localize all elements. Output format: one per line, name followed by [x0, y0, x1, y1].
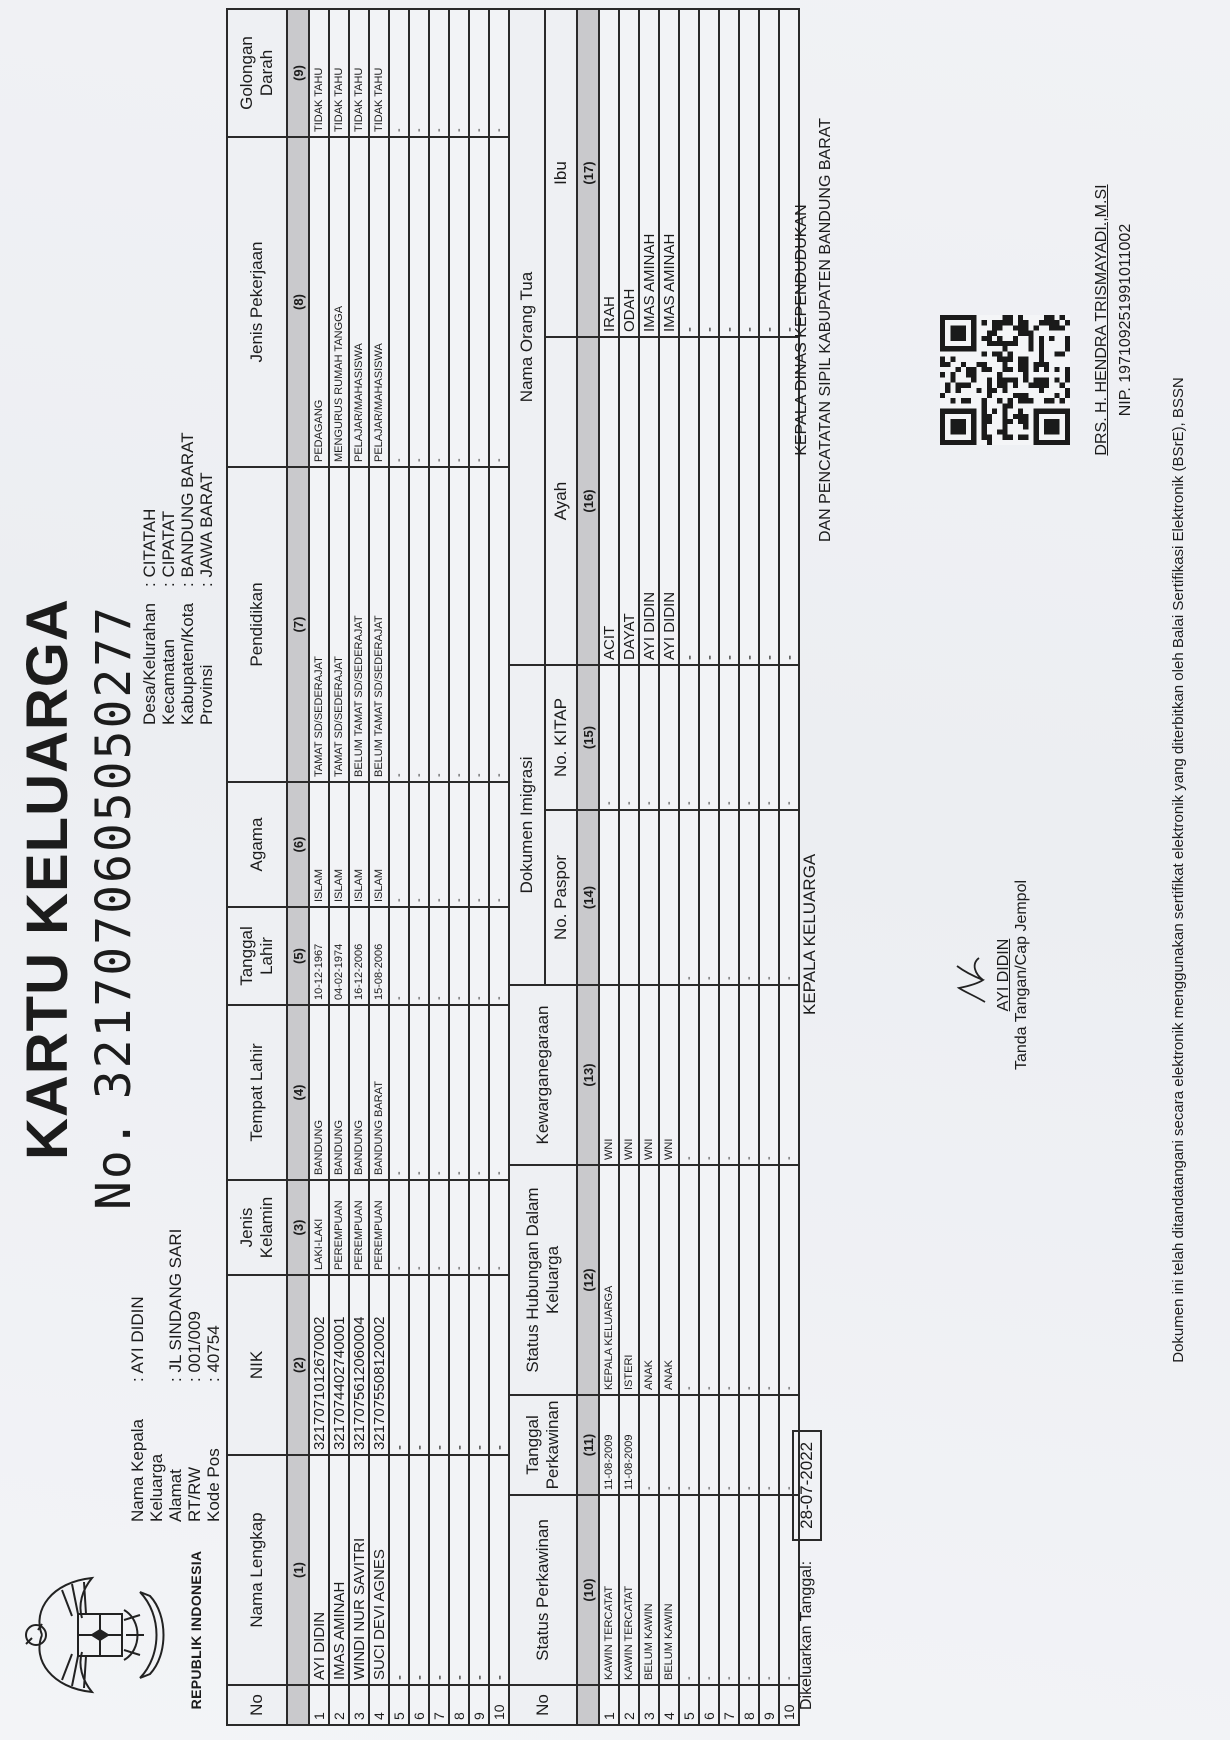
- table-cell: IMAS AMINAH: [639, 9, 659, 337]
- table-cell: -: [659, 1395, 679, 1495]
- qr-code-icon: [940, 315, 1070, 445]
- col-number: (2): [287, 1275, 309, 1455]
- head-of-family-signature: AYI DIDIN Tanda Tangan/Cap Jempol: [995, 765, 1031, 1185]
- table-cell: -: [409, 137, 429, 467]
- table-cell: -: [409, 467, 429, 782]
- col-header: NIK: [227, 1275, 287, 1455]
- col-header: Nama Lengkap: [227, 1455, 287, 1685]
- table-cell: -: [679, 9, 699, 337]
- table-cell: PEREMPUAN: [349, 1180, 369, 1275]
- table-cell: -: [699, 337, 719, 665]
- table-cell: -: [389, 907, 409, 1005]
- info-label: Alamat: [166, 1382, 185, 1522]
- table-cell: -: [719, 9, 739, 337]
- info-row: Alamat: JL SINDANG SARI: [166, 1229, 185, 1522]
- table-cell: -: [489, 9, 509, 137]
- electronic-signature-note: Dokumen ini telah ditandatangani secara …: [1170, 0, 1187, 1740]
- official-signature: DRS. H. HENDRA TRISMAYADI.,M.SI NIP. 197…: [1090, 70, 1138, 570]
- table-row: 1KAWIN TERCATAT11-08-2009KEPALA KELUARGA…: [599, 9, 619, 1725]
- table-cell: BELUM KAWIN: [639, 1495, 659, 1685]
- table-cell: -: [699, 1165, 719, 1395]
- table-cell: -: [429, 1180, 449, 1275]
- table-cell: -: [739, 9, 759, 337]
- table-cell: -: [719, 810, 739, 985]
- table-cell: -: [679, 1395, 699, 1495]
- table-row: 4SUCI DEVI AGNES3217075508120002PEREMPUA…: [369, 9, 389, 1725]
- table-cell: -: [469, 1275, 489, 1455]
- col-number: [287, 1685, 309, 1725]
- table-cell: BELUM KAWIN: [659, 1495, 679, 1685]
- info-label: Kode Pos: [204, 1382, 223, 1522]
- table-cell: -: [719, 1165, 739, 1395]
- table-cell: PEDAGANG: [309, 137, 329, 467]
- col-number: (11): [577, 1395, 599, 1495]
- table-cell: -: [699, 985, 719, 1165]
- table-cell: 9: [759, 1685, 779, 1725]
- info-row: RT/RW: 001/009: [185, 1229, 204, 1522]
- signature-caption: Tanda Tangan/Cap Jempol: [1013, 765, 1031, 1185]
- table-cell: -: [469, 9, 489, 137]
- issuing-office: KEPALA DINAS KEPENDUDUKAN DAN PENCATATAN…: [790, 70, 838, 590]
- table-cell: -: [639, 1395, 659, 1495]
- col-number: (10): [577, 1495, 599, 1685]
- table-cell: -: [389, 1005, 409, 1180]
- table-cell: KAWIN TERCATAT: [619, 1495, 639, 1685]
- table-cell: -: [409, 1005, 429, 1180]
- table-cell: 1: [309, 1685, 329, 1725]
- table-cell: 7: [719, 1685, 739, 1725]
- official-nip: NIP. 197109251991011002: [1114, 70, 1138, 570]
- table-cell: 10: [489, 1685, 509, 1725]
- family-members-table: NoNama LengkapNIKJenis KelaminTempat Lah…: [226, 8, 510, 1726]
- col-number: (15): [577, 665, 599, 810]
- col-number: (7): [287, 467, 309, 782]
- table-cell: WINDI NUR SAVITRI: [349, 1455, 369, 1685]
- table-cell: 6: [699, 1685, 719, 1725]
- table-cell: 04-02-1974: [329, 907, 349, 1005]
- table-cell: ISLAM: [309, 782, 329, 907]
- table-cell: WNI: [639, 985, 659, 1165]
- table-cell: -: [469, 1455, 489, 1685]
- number-value: 3217070605050277: [86, 605, 142, 1099]
- table-cell: AYI DIDIN: [659, 337, 679, 665]
- issue-date-label: Dikeluarkan Tanggal:: [798, 1561, 816, 1710]
- table-cell: [659, 810, 679, 985]
- table-cell: AYI DIDIN: [309, 1455, 329, 1685]
- table-cell: 4: [659, 1685, 679, 1725]
- table-cell: -: [779, 985, 799, 1165]
- table-cell: -: [389, 782, 409, 907]
- table-cell: -: [739, 1495, 759, 1685]
- table-row: 6---------: [409, 9, 429, 1725]
- table-row: 2IMAS AMINAH3217074402740001PEREMPUANBAN…: [329, 9, 349, 1725]
- family-status-table: No Status Perkawinan Tanggal Perkawinan …: [508, 8, 800, 1726]
- table-cell: 1: [599, 1685, 619, 1725]
- head-of-family-name: AYI DIDIN: [995, 765, 1013, 1185]
- col-header-ibu: Ibu: [545, 9, 577, 337]
- table-cell: -: [449, 1455, 469, 1685]
- table-cell: 3: [639, 1685, 659, 1725]
- table-cell: 11-08-2009: [619, 1395, 639, 1495]
- table-cell: -: [469, 1180, 489, 1275]
- table-cell: -: [409, 782, 429, 907]
- col-header: Agama: [227, 782, 287, 907]
- table-row: 9--------: [759, 9, 779, 1725]
- table-cell: ISLAM: [329, 782, 349, 907]
- info-row: Nama Kepala Keluarga: AYI DIDIN: [128, 1229, 166, 1522]
- table-cell: -: [779, 1165, 799, 1395]
- table-row: 5--------: [679, 9, 699, 1725]
- table-cell: -: [679, 985, 699, 1165]
- table-cell: ACIT: [599, 337, 619, 665]
- table-cell: KAWIN TERCATAT: [599, 1495, 619, 1685]
- table-cell: 3: [349, 1685, 369, 1725]
- table-cell: 8: [449, 1685, 469, 1725]
- table-cell: 16-12-2006: [349, 907, 369, 1005]
- table-cell: 3217075508120002: [369, 1275, 389, 1455]
- table-row: 4BELUM KAWIN-ANAKWNI-AYI DIDINIMAS AMINA…: [659, 9, 679, 1725]
- family-card-number: No.3217070605050277: [86, 605, 142, 1210]
- table-cell: -: [759, 985, 779, 1165]
- table-cell: IMAS AMINAH: [659, 9, 679, 337]
- col-header: Tanggal Lahir: [227, 907, 287, 1005]
- signature-icon: [945, 950, 995, 1010]
- table-cell: -: [719, 1395, 739, 1495]
- family-card-document: REPUBLIK INDONESIA KARTU KELUARGA No.321…: [0, 0, 1230, 1740]
- table-cell: -: [429, 1275, 449, 1455]
- office-line: DAN PENCATATAN SIPIL KABUPATEN BANDUNG B…: [814, 70, 838, 590]
- table-cell: -: [429, 467, 449, 782]
- table-cell: -: [639, 665, 659, 810]
- head-of-family-title: KEPALA KELUARGA: [800, 854, 820, 1015]
- table-row: 3BELUM KAWIN-ANAKWNI-AYI DIDINIMAS AMINA…: [639, 9, 659, 1725]
- table-cell: -: [779, 665, 799, 810]
- table-cell: -: [409, 1180, 429, 1275]
- table-cell: WNI: [619, 985, 639, 1165]
- table-cell: -: [469, 1005, 489, 1180]
- table-cell: ISTERI: [619, 1165, 639, 1395]
- col-number: (8): [287, 137, 309, 467]
- table-row: 2KAWIN TERCATAT11-08-2009ISTERIWNI-DAYAT…: [619, 9, 639, 1725]
- col-number: (5): [287, 907, 309, 1005]
- table-cell: WNI: [659, 985, 679, 1165]
- info-label: RT/RW: [185, 1382, 204, 1522]
- col-header-status-perkawinan: Status Perkawinan: [509, 1495, 577, 1685]
- table-cell: WNI: [599, 985, 619, 1165]
- table-cell: TIDAK TAHU: [369, 9, 389, 137]
- table-cell: -: [759, 9, 779, 337]
- table-cell: 2: [619, 1685, 639, 1725]
- col-header: No: [227, 1685, 287, 1725]
- info-value: : JL SINDANG SARI: [166, 1229, 185, 1382]
- emblem-caption: REPUBLIK INDONESIA: [188, 1540, 204, 1720]
- table-cell: -: [469, 467, 489, 782]
- col-header: Pendidikan: [227, 467, 287, 782]
- col-header-kewarganegaraan: Kewarganegaraan: [509, 985, 577, 1165]
- table-row: 8---------: [449, 9, 469, 1725]
- table-cell: [619, 810, 639, 985]
- table-cell: 9: [469, 1685, 489, 1725]
- table-cell: -: [719, 985, 739, 1165]
- table-cell: ODAH: [619, 9, 639, 337]
- table-cell: -: [409, 1275, 429, 1455]
- table-cell: -: [389, 1180, 409, 1275]
- table-cell: -: [389, 1275, 409, 1455]
- table-cell: -: [409, 1455, 429, 1685]
- table-cell: TAMAT SD/SEDERAJAT: [329, 467, 349, 782]
- col-number: (13): [577, 985, 599, 1165]
- table-cell: -: [389, 467, 409, 782]
- info-row: Kabupaten/Kota: BANDUNG BARAT: [178, 432, 197, 725]
- table-cell: SUCI DEVI AGNES: [369, 1455, 389, 1685]
- table-cell: TIDAK TAHU: [309, 9, 329, 137]
- table-cell: ISLAM: [369, 782, 389, 907]
- table-cell: -: [469, 907, 489, 1005]
- table-cell: -: [429, 9, 449, 137]
- official-name: DRS. H. HENDRA TRISMAYADI.,M.SI: [1090, 70, 1114, 570]
- table-cell: -: [759, 1495, 779, 1685]
- table-cell: -: [719, 1495, 739, 1685]
- table-cell: KEPALA KELUARGA: [599, 1165, 619, 1395]
- table-cell: -: [469, 137, 489, 467]
- table-cell: -: [469, 782, 489, 907]
- table-cell: -: [679, 810, 699, 985]
- table-cell: -: [739, 810, 759, 985]
- col-number: (16): [577, 337, 599, 665]
- table-cell: TIDAK TAHU: [349, 9, 369, 137]
- col-number: (17): [577, 9, 599, 337]
- table-cell: -: [489, 1180, 509, 1275]
- table-cell: 3217075612060004: [349, 1275, 369, 1455]
- table-cell: -: [449, 782, 469, 907]
- table-cell: -: [489, 137, 509, 467]
- table-cell: -: [739, 1395, 759, 1495]
- table-cell: PELAJAR/MAHASISWA: [369, 137, 389, 467]
- table-cell: AYI DIDIN: [639, 337, 659, 665]
- table-cell: BANDUNG: [349, 1005, 369, 1180]
- table-cell: -: [429, 782, 449, 907]
- table-cell: -: [489, 1455, 509, 1685]
- col-header-no-paspor: No. Paspor: [545, 810, 577, 985]
- col-header: Jenis Pekerjaan: [227, 137, 287, 467]
- table-cell: -: [759, 810, 779, 985]
- table-cell: 5: [389, 1685, 409, 1725]
- table-cell: 8: [739, 1685, 759, 1725]
- table-cell: [639, 810, 659, 985]
- table-row: 7--------: [719, 9, 739, 1725]
- table-cell: -: [389, 1455, 409, 1685]
- col-header-no-kitap: No. KITAP: [545, 665, 577, 810]
- info-label: Desa/Kelurahan: [140, 587, 159, 725]
- table-cell: -: [679, 1165, 699, 1395]
- table-cell: -: [409, 9, 429, 137]
- issue-date-block: Dikeluarkan Tanggal: 28-07-2022: [792, 1430, 822, 1710]
- table-cell: -: [449, 907, 469, 1005]
- table-cell: ANAK: [639, 1165, 659, 1395]
- col-header-no: No: [509, 1685, 577, 1725]
- table-row: 1AYI DIDIN3217071012670002LAKI-LAKIBANDU…: [309, 9, 329, 1725]
- table-cell: -: [719, 665, 739, 810]
- table-cell: [599, 810, 619, 985]
- col-number: [577, 1685, 599, 1725]
- info-value: : CITATAH: [140, 509, 159, 587]
- info-label: Kecamatan: [159, 587, 178, 725]
- info-label: Provinsi: [197, 587, 216, 725]
- info-row: Kode Pos: 40754: [204, 1229, 223, 1522]
- region-info: Desa/Kelurahan: CITATAH Kecamatan: CIPAT…: [140, 432, 216, 725]
- col-number: (4): [287, 1005, 309, 1180]
- table-cell: 3217074402740001: [329, 1275, 349, 1455]
- table-cell: LAKI-LAKI: [309, 1180, 329, 1275]
- table-cell: -: [779, 810, 799, 985]
- document-title: KARTU KELUARGA: [14, 598, 81, 1160]
- table-cell: ANAK: [659, 1165, 679, 1395]
- info-value: : 40754: [204, 1325, 223, 1382]
- table-row: 9---------: [469, 9, 489, 1725]
- col-header-nama-orang-tua: Nama Orang Tua: [509, 9, 545, 665]
- table-cell: -: [449, 9, 469, 137]
- household-info: Nama Kepala Keluarga: AYI DIDIN Alamat: …: [128, 1229, 223, 1522]
- table-cell: -: [449, 137, 469, 467]
- table-cell: BANDUNG BARAT: [369, 1005, 389, 1180]
- table-cell: ISLAM: [349, 782, 369, 907]
- info-label: Kabupaten/Kota: [178, 587, 197, 725]
- table-cell: -: [449, 1275, 469, 1455]
- table-cell: -: [489, 782, 509, 907]
- table-row: 6--------: [699, 9, 719, 1725]
- table-cell: PELAJAR/MAHASISWA: [349, 137, 369, 467]
- col-number: (14): [577, 810, 599, 985]
- col-number: (12): [577, 1165, 599, 1395]
- table-cell: 4: [369, 1685, 389, 1725]
- table-cell: -: [449, 1180, 469, 1275]
- col-header: Jenis Kelamin: [227, 1180, 287, 1275]
- col-number: (9): [287, 9, 309, 137]
- table-cell: -: [699, 810, 719, 985]
- table-cell: -: [719, 337, 739, 665]
- table-cell: BELUM TAMAT SD/SEDERAJAT: [369, 467, 389, 782]
- table-cell: -: [699, 1495, 719, 1685]
- number-label: No.: [86, 1117, 142, 1210]
- table-cell: IMAS AMINAH: [329, 1455, 349, 1685]
- table-cell: -: [759, 1165, 779, 1395]
- table-row: 3WINDI NUR SAVITRI3217075612060004PEREMP…: [349, 9, 369, 1725]
- table-cell: -: [759, 665, 779, 810]
- office-line: KEPALA DINAS KEPENDUDUKAN: [790, 70, 814, 590]
- table-cell: -: [449, 1005, 469, 1180]
- table-cell: -: [429, 137, 449, 467]
- table-cell: -: [429, 1005, 449, 1180]
- table-cell: -: [489, 1275, 509, 1455]
- table-cell: -: [679, 665, 699, 810]
- table-cell: PEREMPUAN: [329, 1180, 349, 1275]
- col-header-dokumen-imigrasi: Dokumen Imigrasi: [509, 665, 545, 985]
- table-cell: -: [759, 337, 779, 665]
- info-label: Nama Kepala Keluarga: [128, 1382, 166, 1522]
- table-cell: 11-08-2009: [599, 1395, 619, 1495]
- col-number: (1): [287, 1455, 309, 1685]
- col-header-tanggal-perkawinan: Tanggal Perkawinan: [509, 1395, 577, 1495]
- table-cell: BANDUNG: [329, 1005, 349, 1180]
- table-cell: -: [679, 337, 699, 665]
- table-row: 7---------: [429, 9, 449, 1725]
- table-cell: 7: [429, 1685, 449, 1725]
- table-cell: 15-08-2006: [369, 907, 389, 1005]
- info-value: : CIPATAT: [159, 511, 178, 587]
- table-cell: -: [429, 1455, 449, 1685]
- table-cell: IRAH: [599, 9, 619, 337]
- table-cell: -: [759, 1395, 779, 1495]
- table-cell: -: [619, 665, 639, 810]
- table-cell: 10-12-1967: [309, 907, 329, 1005]
- table-row: 10---------: [489, 9, 509, 1725]
- table-cell: BELUM TAMAT SD/SEDERAJAT: [349, 467, 369, 782]
- table-cell: -: [699, 9, 719, 337]
- info-row: Kecamatan: CIPATAT: [159, 432, 178, 725]
- col-header-status-hubungan: Status Hubungan Dalam Keluarga: [509, 1165, 577, 1395]
- col-number: (6): [287, 782, 309, 907]
- col-number: (3): [287, 1180, 309, 1275]
- table-cell: PEREMPUAN: [369, 1180, 389, 1275]
- table-cell: -: [489, 1005, 509, 1180]
- table-cell: -: [599, 665, 619, 810]
- garuda-emblem-icon: [12, 1570, 180, 1700]
- info-value: : JAWA BARAT: [197, 472, 216, 587]
- col-header: Golongan Darah: [227, 9, 287, 137]
- table-cell: MENGURUS RUMAH TANGGA: [329, 137, 349, 467]
- table-cell: -: [739, 337, 759, 665]
- table-cell: -: [489, 467, 509, 782]
- info-value: : BANDUNG BARAT: [178, 432, 197, 587]
- info-value: : AYI DIDIN: [128, 1296, 166, 1382]
- col-header-ayah: Ayah: [545, 337, 577, 665]
- col-header: Tempat Lahir: [227, 1005, 287, 1180]
- table-cell: -: [389, 137, 409, 467]
- table-cell: 6: [409, 1685, 429, 1725]
- table-cell: -: [429, 907, 449, 1005]
- table-cell: -: [659, 665, 679, 810]
- table-cell: -: [699, 1395, 719, 1495]
- table-cell: -: [699, 665, 719, 810]
- table-cell: -: [449, 467, 469, 782]
- table-cell: 3217071012670002: [309, 1275, 329, 1455]
- table-cell: -: [409, 907, 429, 1005]
- info-row: Desa/Kelurahan: CITATAH: [140, 432, 159, 725]
- table-cell: -: [489, 907, 509, 1005]
- table-cell: 2: [329, 1685, 349, 1725]
- table-cell: 5: [679, 1685, 699, 1725]
- table-cell: -: [389, 9, 409, 137]
- info-row: Provinsi: JAWA BARAT: [197, 432, 216, 725]
- table-cell: BANDUNG: [309, 1005, 329, 1180]
- table-cell: TAMAT SD/SEDERAJAT: [309, 467, 329, 782]
- table-cell: -: [739, 1165, 759, 1395]
- table-cell: TIDAK TAHU: [329, 9, 349, 137]
- info-value: : 001/009: [185, 1311, 204, 1382]
- table-cell: -: [739, 665, 759, 810]
- table-row: 8--------: [739, 9, 759, 1725]
- table-cell: -: [679, 1495, 699, 1685]
- issue-date-value: 28-07-2022: [792, 1430, 822, 1541]
- table-cell: -: [739, 985, 759, 1165]
- table-row: 5---------: [389, 9, 409, 1725]
- table-cell: DAYAT: [619, 337, 639, 665]
